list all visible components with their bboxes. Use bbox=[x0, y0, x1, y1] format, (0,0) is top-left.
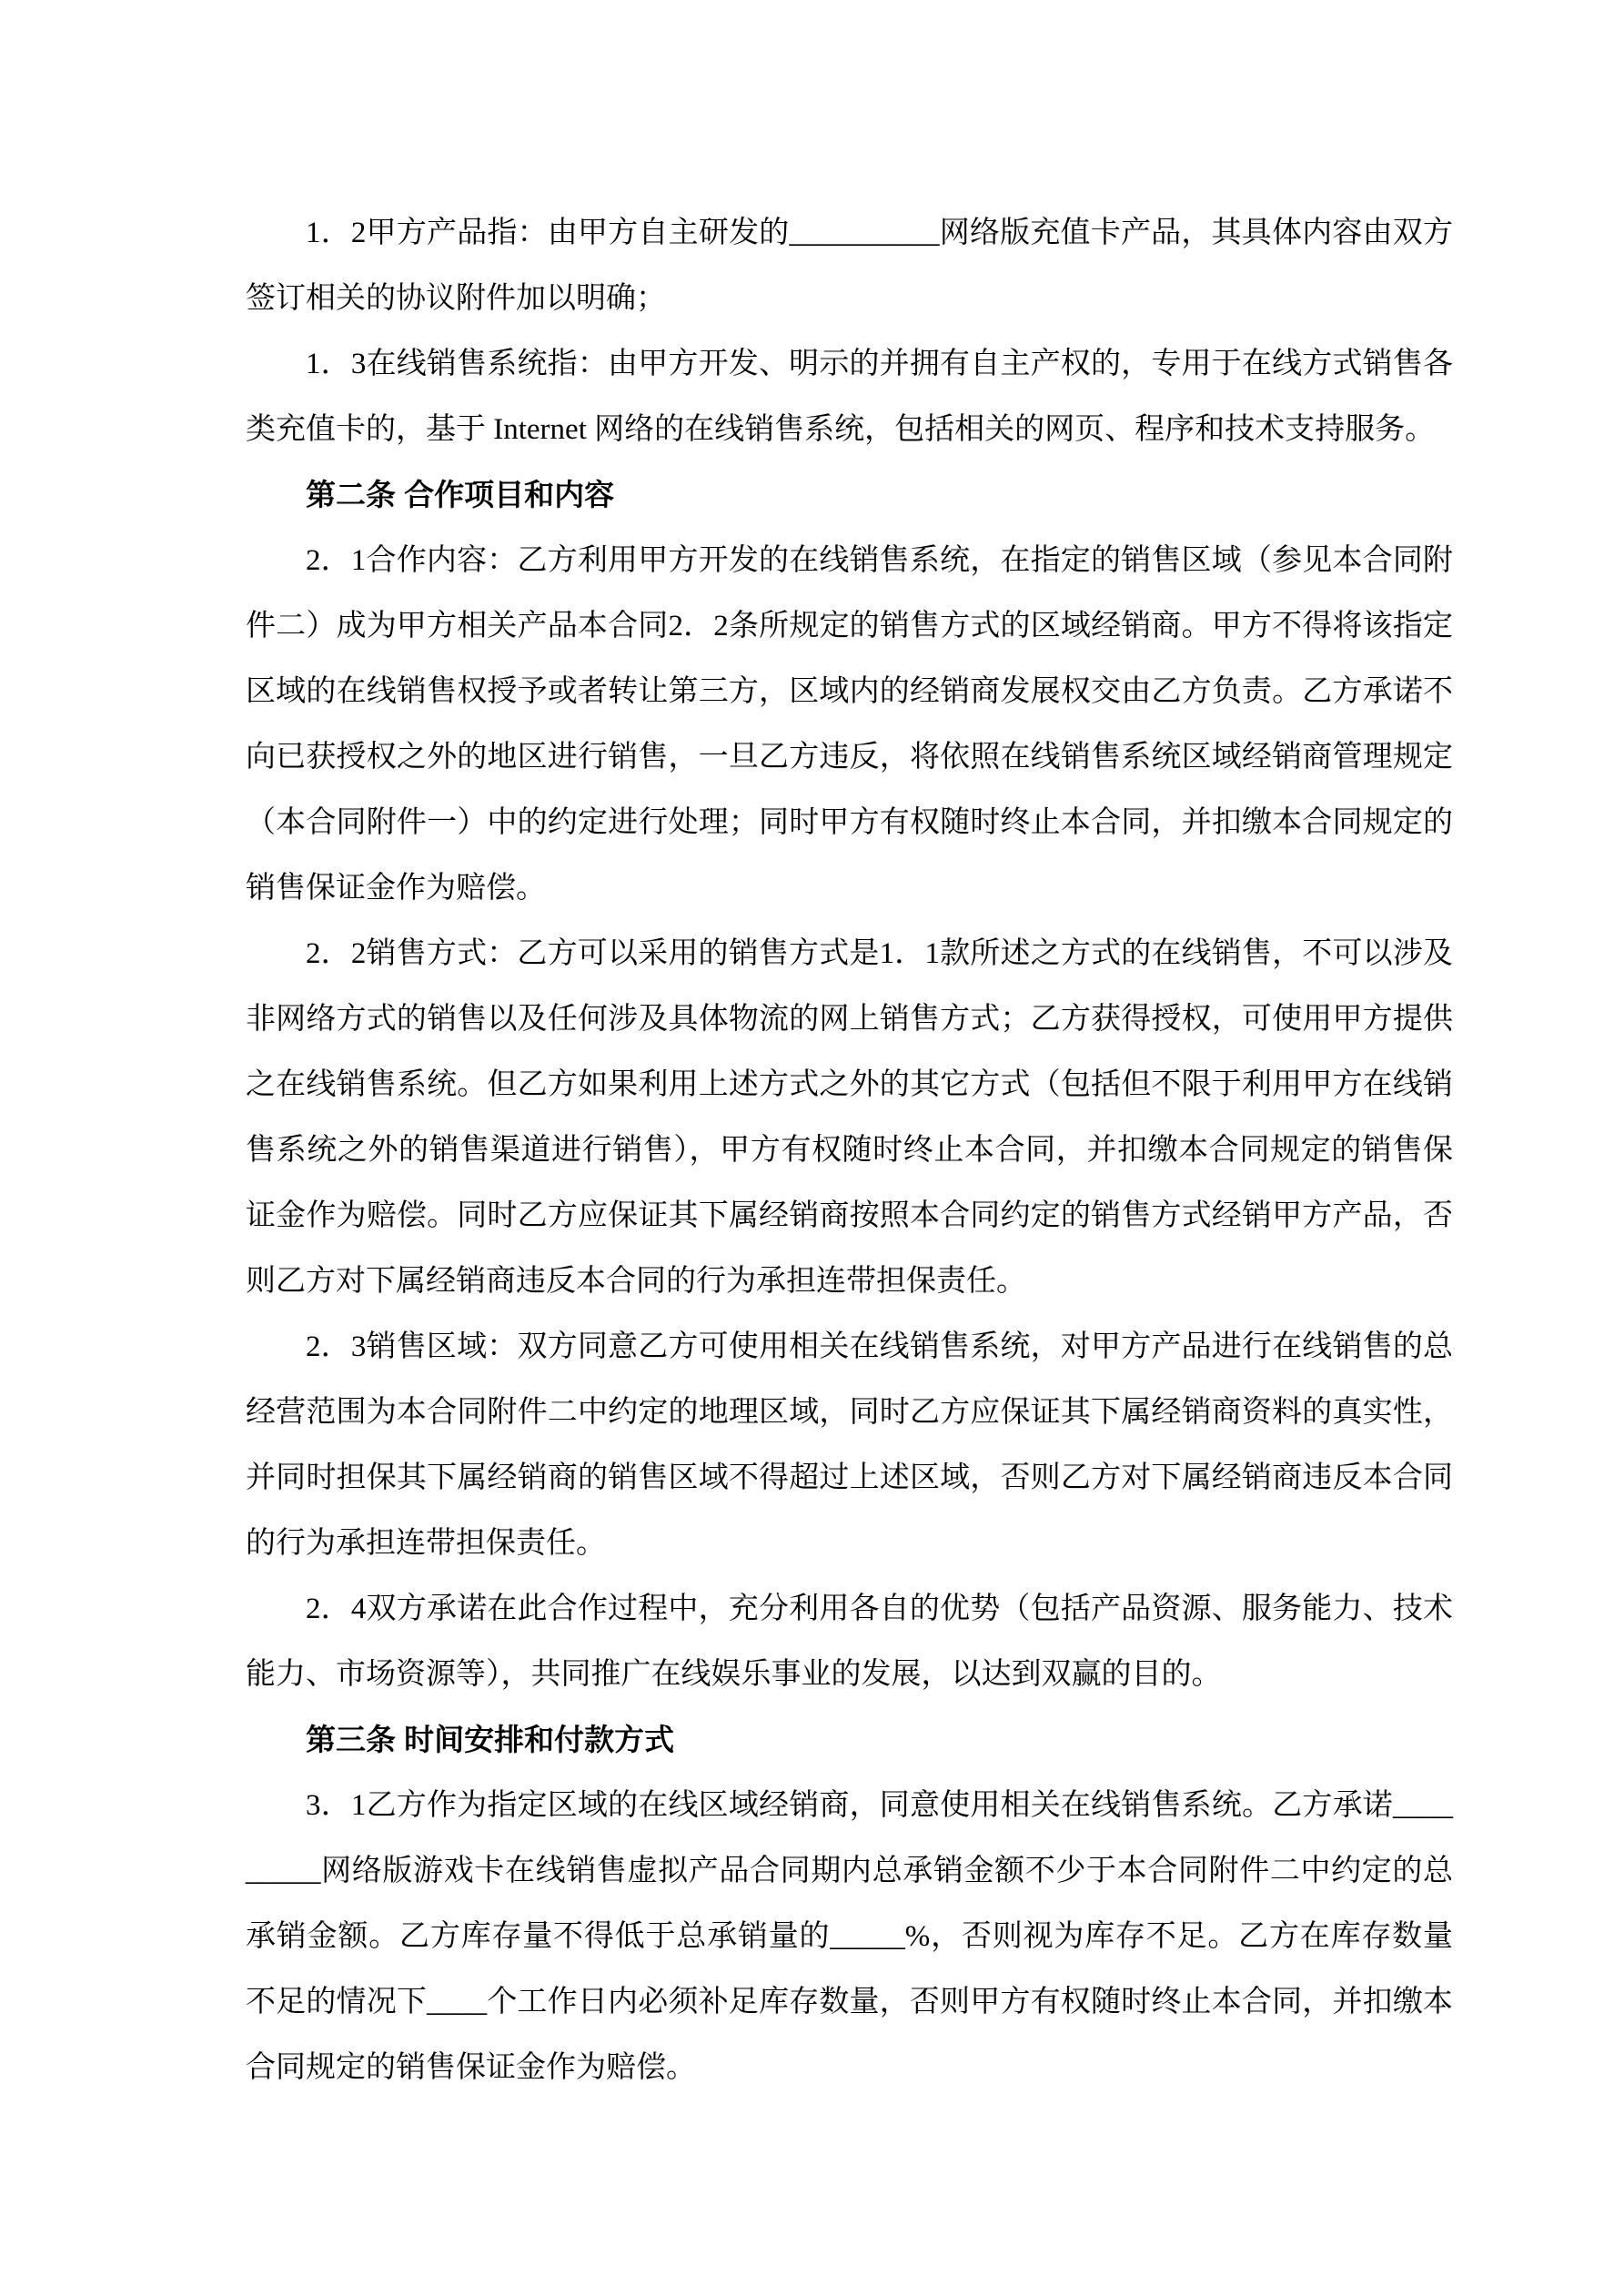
clause-1-3: 1．3在线销售系统指：由甲方开发、明示的并拥有自主产权的，专用于在线方式销售各类… bbox=[246, 331, 1453, 462]
clause-2-4: 2．4双方承诺在此合作过程中，充分利用各自的优势（包括产品资源、服务能力、技术能… bbox=[246, 1576, 1453, 1707]
clause-2-3: 2．3销售区域：双方同意乙方可使用相关在线销售系统，对甲方产品进行在线销售的总经… bbox=[246, 1314, 1453, 1576]
clause-3-1: 3．1乙方作为指定区域的在线区域经销商，同意使用相关在线销售系统。乙方承诺___… bbox=[246, 1773, 1453, 2100]
contract-text-body: 1．2甲方产品指：由甲方自主研发的__________网络版充值卡产品，其具体内… bbox=[246, 200, 1453, 2100]
heading-article-3: 第三条 时间安排和付款方式 bbox=[246, 1707, 1453, 1773]
clause-2-2: 2．2销售方式：乙方可以采用的销售方式是1．1款所述之方式的在线销售，不可以涉及… bbox=[246, 921, 1453, 1314]
heading-article-2: 第二条 合作项目和内容 bbox=[246, 462, 1453, 528]
clause-2-1: 2．1合作内容：乙方利用甲方开发的在线销售系统，在指定的销售区域（参见本合同附件… bbox=[246, 528, 1453, 921]
clause-1-2: 1．2甲方产品指：由甲方自主研发的__________网络版充值卡产品，其具体内… bbox=[246, 200, 1453, 331]
document-page: 1．2甲方产品指：由甲方自主研发的__________网络版充值卡产品，其具体内… bbox=[0, 0, 1624, 2296]
